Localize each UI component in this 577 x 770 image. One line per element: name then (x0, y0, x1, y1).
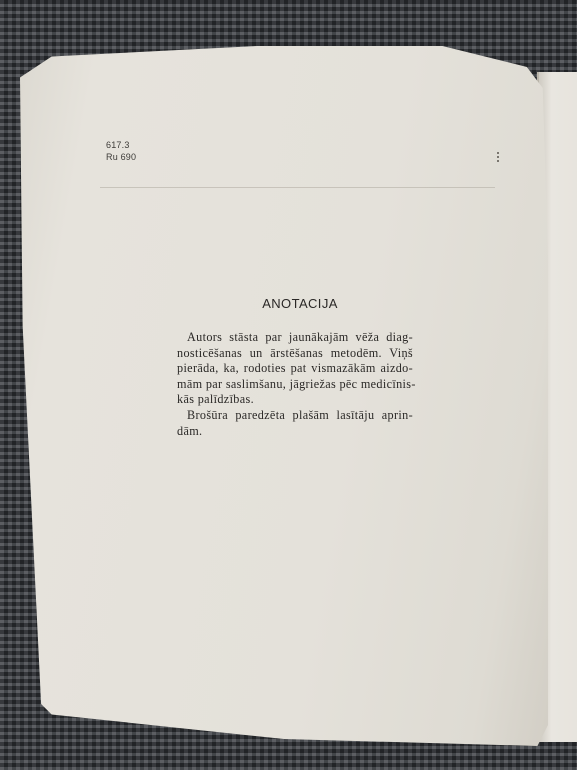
text-line: Brošūra paredzēta plašām lasītāju aprin- (177, 408, 413, 424)
text-line: nosticēšanas un ārstēšanas metodēm. Viņš (177, 346, 413, 362)
annotation-body: Autors stāsta par jaunākajām vēža diag- … (177, 330, 413, 439)
paragraph-1: Autors stāsta par jaunākajām vēža diag- … (177, 330, 413, 408)
text-line: pierāda, ka, rodoties pat vismazākām aiz… (177, 361, 413, 377)
shelf-code: Ru 690 (106, 151, 136, 163)
text-line: mām par saslimšanu, jāgriežas pēc medicī… (177, 377, 413, 393)
paragraph-2: Brošūra paredzēta plašām lasītāju aprin-… (177, 408, 413, 439)
udc-code: 617.3 (106, 139, 136, 151)
text-line: Autors stāsta par jaunākajām vēža diag- (177, 330, 413, 346)
gutter-mark (497, 152, 499, 164)
catalog-number: 617.3 Ru 690 (106, 139, 136, 163)
text-line: kās palīdzības. (177, 392, 413, 408)
page-fold-crease (100, 187, 495, 188)
text-line: dām. (177, 424, 413, 440)
page-title: ANOTACIJA (187, 296, 413, 311)
